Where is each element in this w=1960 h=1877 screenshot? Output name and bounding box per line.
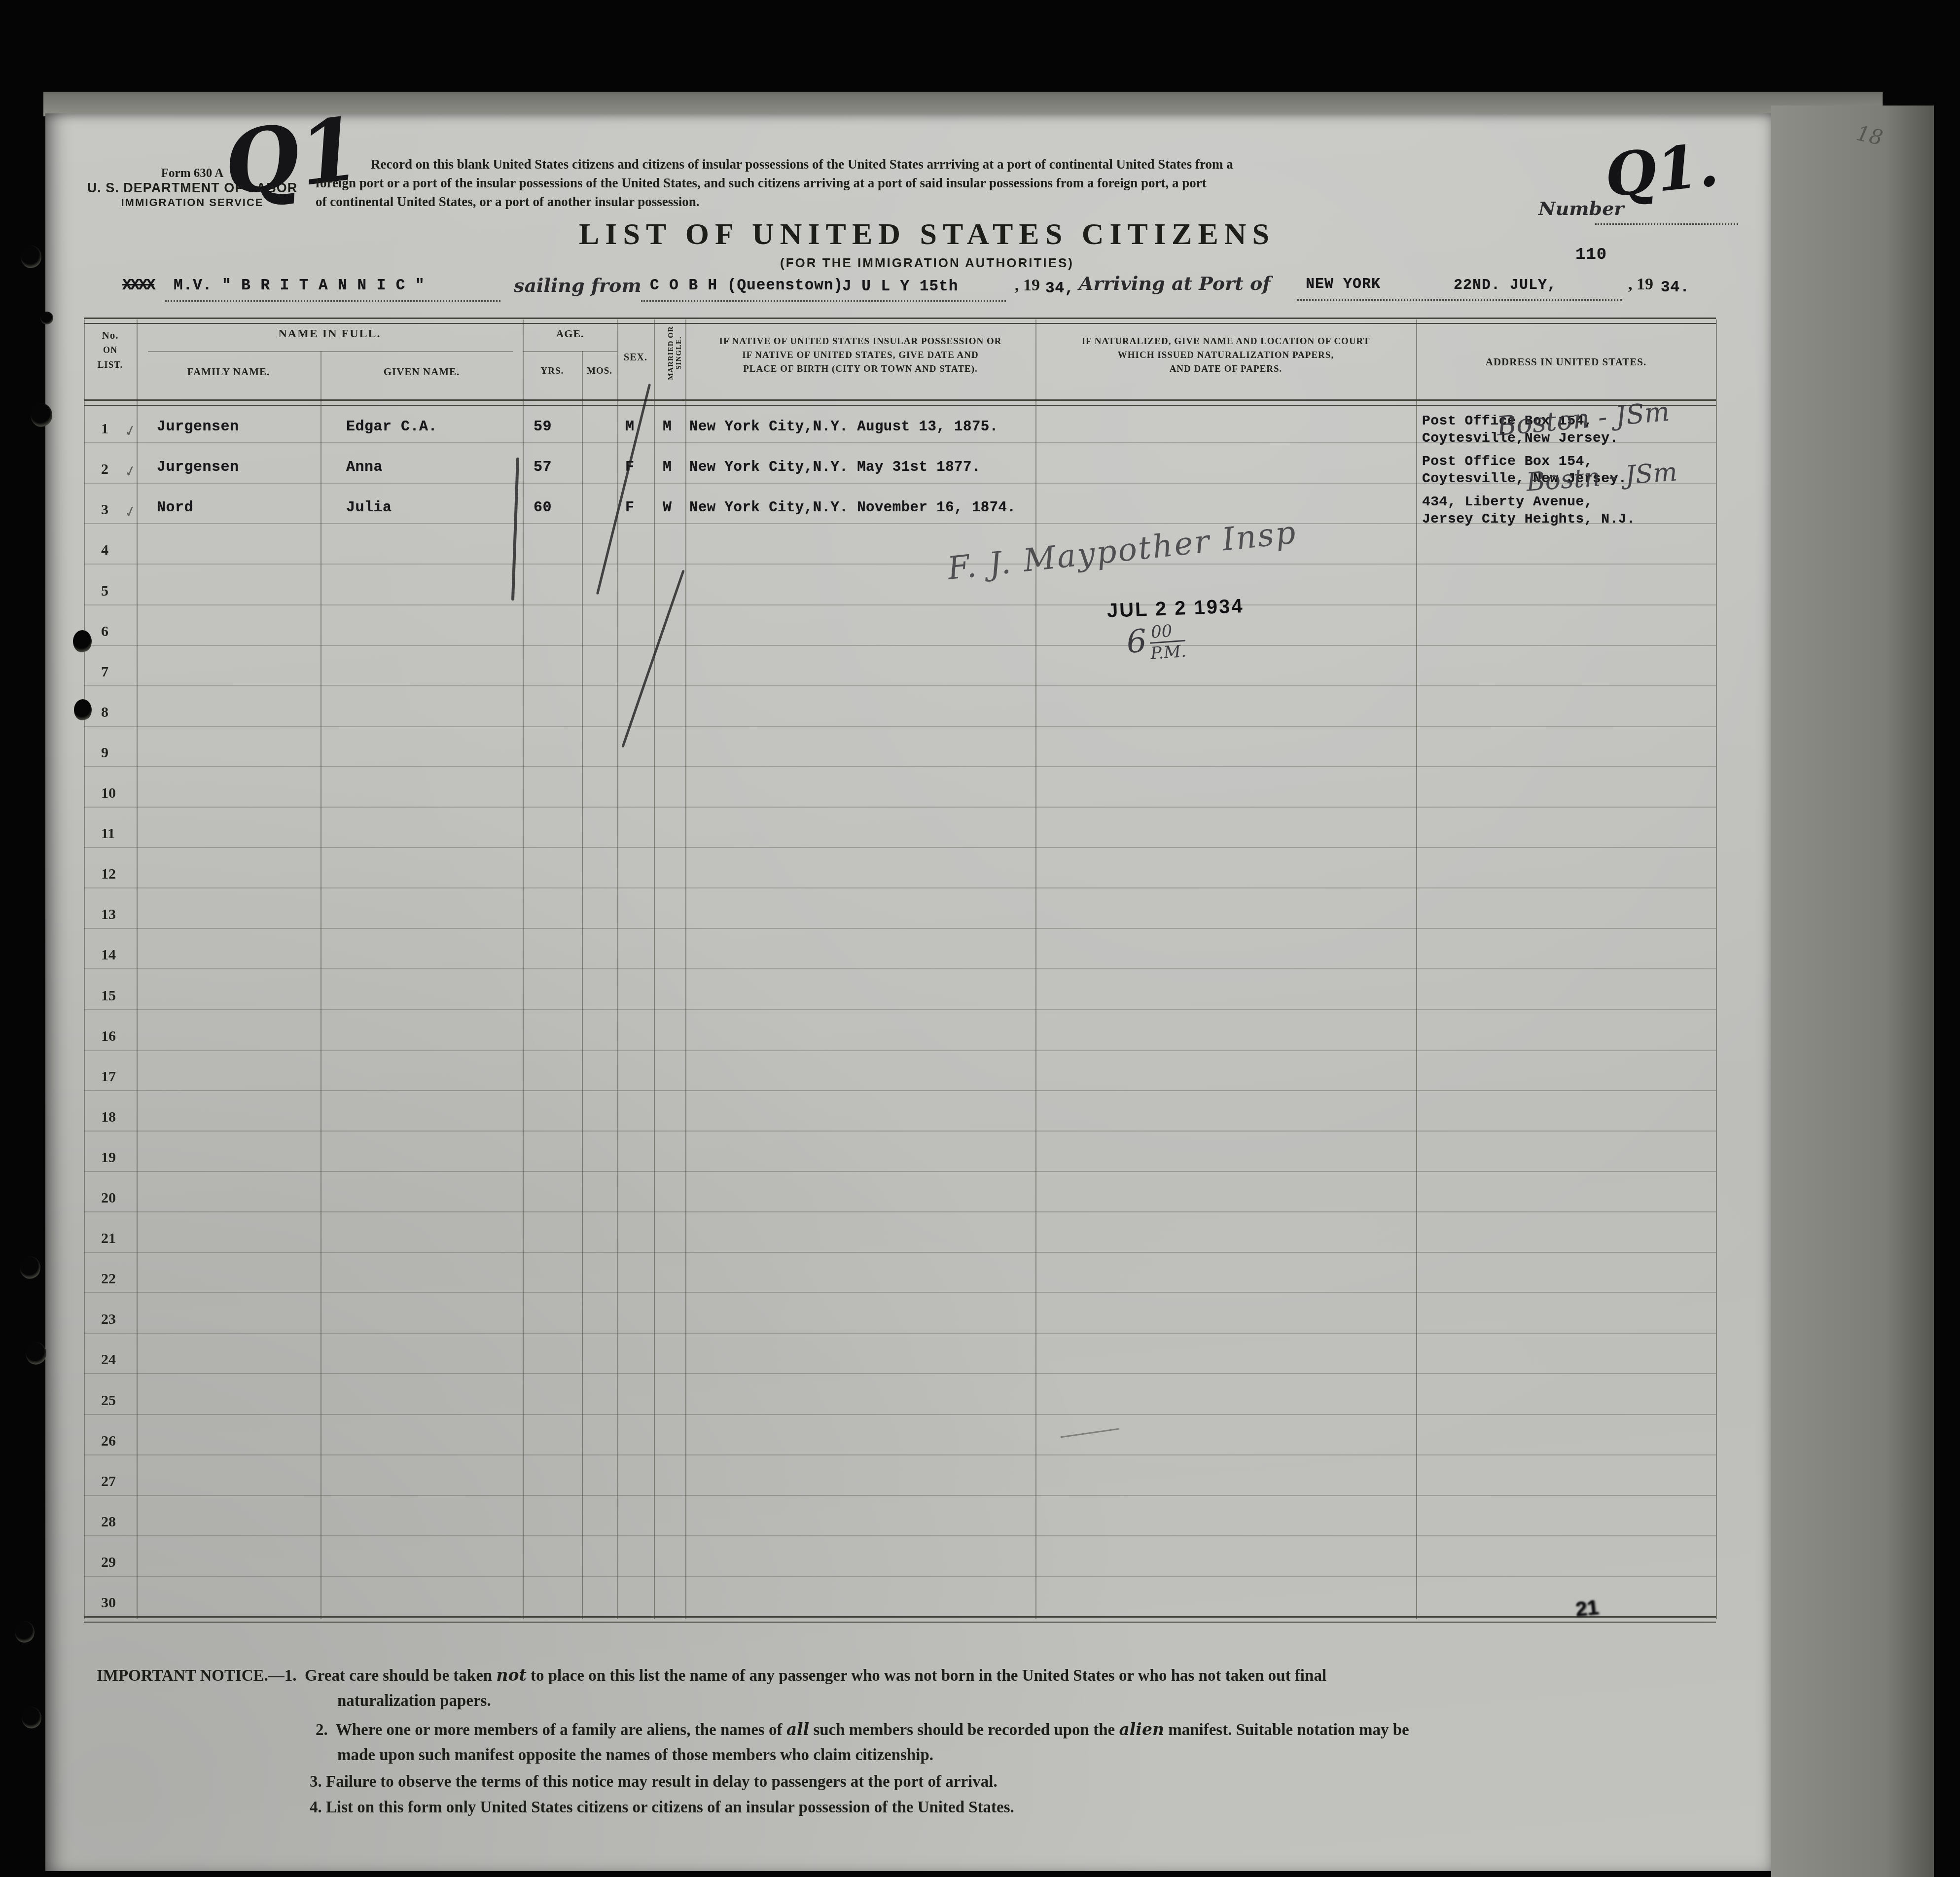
cell-married-single: M <box>663 459 672 476</box>
punch-hole <box>15 1621 35 1643</box>
col-header-mos: MOS. <box>582 366 617 377</box>
col-header-age: AGE. <box>523 327 617 340</box>
table-line <box>84 399 1716 406</box>
row-number: 11 <box>101 825 115 842</box>
sailing-year: 34, <box>1045 280 1074 297</box>
row-number: 25 <box>101 1392 116 1409</box>
row-number: 10 <box>101 785 116 802</box>
row-number: 18 <box>101 1109 116 1126</box>
ink-blob <box>74 699 92 721</box>
col-header-yrs: YRS. <box>523 366 582 377</box>
table-line <box>84 1009 1716 1010</box>
table-line <box>84 807 1716 808</box>
notice-line-1-cont: naturalization papers. <box>337 1692 491 1710</box>
row-number: 1 <box>101 421 108 437</box>
arrival-date: 22ND. JULY, <box>1454 277 1557 294</box>
time-minutes: 00 <box>1148 620 1185 644</box>
table-line <box>84 1131 1716 1132</box>
notice-head: IMPORTANT NOTICE.—1. <box>97 1667 297 1685</box>
table-line <box>84 318 1716 324</box>
col-header-sex: SEX. <box>617 352 654 363</box>
col-header-married-single: MARRIED OR SINGLE. <box>667 316 683 390</box>
table-line <box>84 766 1716 767</box>
row-number: 2 <box>101 461 108 478</box>
notice-3-text: Failure to observe the terms of this not… <box>326 1773 998 1791</box>
table-line <box>84 1495 1716 1496</box>
notice-2-em: all <box>786 1720 809 1739</box>
scanned-manifest-photo: Form 630 A U. S. DEPARTMENT OF LABOR IMM… <box>0 0 1960 1877</box>
row-number: 13 <box>101 906 116 923</box>
table-line <box>582 351 583 1619</box>
table-line <box>654 319 655 1619</box>
notice-2c: manifest. Suitable notation may be <box>1164 1721 1409 1739</box>
page-subtitle: (FOR THE IMMIGRATION AUTHORITIES) <box>592 255 1262 271</box>
notice-line-4: 4. List on this form only United States … <box>310 1799 1014 1817</box>
table-line <box>523 319 524 1619</box>
cell-sex: M <box>625 419 635 435</box>
col-header-birth-2: IF NATIVE OF UNITED STATES, GIVE DATE AN… <box>685 350 1035 361</box>
table-line <box>84 928 1716 929</box>
row-number: 23 <box>101 1311 116 1328</box>
table-line <box>84 887 1716 888</box>
table-line <box>1416 319 1417 1619</box>
address-line: Jersey City Heights, N.J. <box>1422 511 1636 528</box>
cell-family-name: Nord <box>157 499 193 516</box>
row-number: 12 <box>101 866 116 883</box>
year-prefix-printed: , 19 <box>1015 276 1040 295</box>
col-header-address: ADDRESS IN UNITED STATES. <box>1416 356 1716 368</box>
age-header-rule <box>523 351 617 352</box>
table-line <box>84 685 1716 686</box>
table-line <box>84 319 85 1619</box>
notice-4-num: 4. <box>310 1799 322 1816</box>
single-label: SINGLE. <box>675 336 683 369</box>
port-blank-line <box>641 300 1006 302</box>
col-header-nat-3: AND DATE OF PAPERS. <box>1035 364 1416 375</box>
sailing-date: J U L Y 15th <box>842 278 958 295</box>
notice-1-em: not <box>496 1665 526 1685</box>
notice-2-num: 2. <box>316 1721 328 1739</box>
table-line <box>84 1050 1716 1051</box>
col-header-no: No. <box>84 329 137 342</box>
struck-prefix: XXXX <box>122 276 154 294</box>
smudged-stamp: 21 <box>1574 1595 1600 1622</box>
sailing-from-label: sailing from <box>514 274 641 296</box>
cell-given-name: Julia <box>346 499 392 516</box>
table-line <box>84 1292 1716 1293</box>
table-line <box>84 604 1716 605</box>
table-line <box>84 1373 1716 1374</box>
col-header-birth-3: PLACE OF BIRTH (CITY OR TOWN AND STATE). <box>685 364 1035 375</box>
married-label: MARRIED OR <box>667 326 675 380</box>
table-line <box>84 1414 1716 1415</box>
cell-married-single: W <box>663 499 672 516</box>
table-line <box>84 1211 1716 1212</box>
arrival-blank-line <box>1297 299 1622 301</box>
adjacent-sheet-edge <box>1771 106 1934 1877</box>
table-line <box>84 847 1716 848</box>
row-number: 15 <box>101 988 116 1004</box>
table-line <box>84 1333 1716 1334</box>
table-line <box>84 1616 1716 1623</box>
table-line <box>84 564 1716 565</box>
punch-hole <box>31 403 52 427</box>
row-number: 30 <box>101 1594 116 1611</box>
notice-line-3: 3. Failure to observe the terms of this … <box>310 1773 998 1791</box>
number-blank-line <box>1595 223 1738 225</box>
cell-birth: New York City,N.Y. November 16, 1874. <box>689 499 1016 516</box>
row-number: 5 <box>101 583 108 600</box>
cell-address: 434, Liberty Avenue,Jersey City Heights,… <box>1422 494 1636 528</box>
cell-given-name: Edgar C.A. <box>346 419 437 435</box>
notice-2-em2: alien <box>1119 1720 1164 1739</box>
cell-married-single: M <box>663 419 672 435</box>
time-meridiem: P.M. <box>1150 641 1187 664</box>
cell-age-years: 59 <box>534 419 552 435</box>
col-header-birth-1: IF NATIVE OF UNITED STATES INSULAR POSSE… <box>685 336 1035 347</box>
sheet-number: 110 <box>1575 246 1607 264</box>
row-number: 24 <box>101 1351 116 1368</box>
table-line <box>84 1454 1716 1455</box>
punch-hole <box>21 246 41 268</box>
notice-line-1: IMPORTANT NOTICE.—1. Great care should b… <box>97 1665 1709 1685</box>
vessel-blank-line <box>165 300 500 302</box>
row-number: 28 <box>101 1514 116 1530</box>
intro-line-3: of continental United States, or a port … <box>316 194 1302 210</box>
number-handwritten-value: Q1. <box>1602 130 1721 211</box>
punch-hole <box>20 1256 40 1279</box>
arriving-label: Arriving at Port of <box>1079 272 1271 294</box>
table-line <box>84 1090 1716 1091</box>
col-header-family: FAMILY NAME. <box>137 366 321 378</box>
cell-age-years: 57 <box>534 459 552 476</box>
notice-2b: such members should be recorded upon the <box>809 1721 1119 1739</box>
table-line <box>1716 319 1717 1619</box>
arrival-year-prefix: , 19 <box>1628 275 1653 294</box>
row-number: 7 <box>101 664 108 680</box>
table-line <box>84 645 1716 646</box>
cell-family-name: Jurgensen <box>157 419 239 435</box>
table-line <box>84 726 1716 727</box>
row-number: 9 <box>101 744 108 761</box>
cell-age-years: 60 <box>534 499 552 516</box>
cell-given-name: Anna <box>346 459 383 476</box>
punch-hole <box>22 1707 41 1729</box>
ink-blob <box>73 630 92 653</box>
handwritten-time: 6 00 P.M. <box>1125 620 1187 665</box>
notice-1b: to place on this list the name of any pa… <box>527 1667 1326 1685</box>
cell-sex: F <box>625 499 635 516</box>
col-header-name: NAME IN FULL. <box>137 327 523 341</box>
intro-line-2: foreign port or a port of the insular po… <box>316 176 1578 191</box>
notice-line-2-cont: made upon such manifest opposite the nam… <box>337 1746 933 1765</box>
col-header-given: GIVEN NAME. <box>321 366 523 378</box>
table-line <box>84 1535 1716 1536</box>
notice-3-num: 3. <box>310 1773 322 1791</box>
row-number: 22 <box>101 1271 116 1287</box>
table-line <box>84 968 1716 969</box>
table-line <box>84 1576 1716 1577</box>
row-number: 27 <box>101 1473 116 1490</box>
name-header-rule <box>148 351 513 352</box>
row-number: 20 <box>101 1190 116 1206</box>
row-number: 8 <box>101 704 108 721</box>
col-header-no-3: LIST. <box>84 360 137 371</box>
notice-line-2: 2. Where one or more members of a family… <box>316 1720 1746 1739</box>
row-number: 3 <box>101 501 108 518</box>
row-number: 29 <box>101 1554 116 1571</box>
table-line <box>1035 319 1036 1619</box>
page-title: LIST OF UNITED STATES CITIZENS <box>493 217 1361 252</box>
row-number: 6 <box>101 623 108 640</box>
cell-family-name: Jurgensen <box>157 459 239 476</box>
row-number: 4 <box>101 542 108 559</box>
vessel-name: M.V. " B R I T A N N I C " <box>174 277 425 294</box>
row-number: 14 <box>101 947 116 963</box>
table-line <box>84 1171 1716 1172</box>
table-line <box>84 1252 1716 1253</box>
time-hour: 6 <box>1125 623 1148 661</box>
table-line <box>321 351 321 1619</box>
ink-dot <box>40 312 53 324</box>
notice-1a: Great care should be taken <box>305 1667 496 1685</box>
row-number: 26 <box>101 1433 116 1450</box>
row-number: 16 <box>101 1028 116 1045</box>
row-number: 21 <box>101 1230 116 1247</box>
row-number: 19 <box>101 1149 116 1166</box>
notice-2a: Where one or more members of a family ar… <box>336 1721 786 1739</box>
row-number: 17 <box>101 1068 116 1085</box>
col-header-no-2: ON <box>84 345 137 355</box>
notice-4-text: List on this form only United States cit… <box>326 1799 1014 1816</box>
cell-birth: New York City,N.Y. May 31st 1877. <box>689 459 981 475</box>
table-line <box>685 319 686 1619</box>
sailing-port: C O B H (Queenstown) <box>650 277 843 294</box>
punch-hole <box>26 1342 46 1365</box>
intro-line-1: Record on this blank United States citiz… <box>371 157 1564 172</box>
cell-birth: New York City,N.Y. August 13, 1875. <box>689 419 998 435</box>
col-header-nat-2: WHICH ISSUED NATURALIZATION PAPERS, <box>1035 350 1416 361</box>
arrival-port: NEW YORK <box>1306 276 1381 293</box>
arrival-year: 34. <box>1661 279 1690 296</box>
col-header-nat-1: IF NATURALIZED, GIVE NAME AND LOCATION O… <box>1035 336 1416 347</box>
